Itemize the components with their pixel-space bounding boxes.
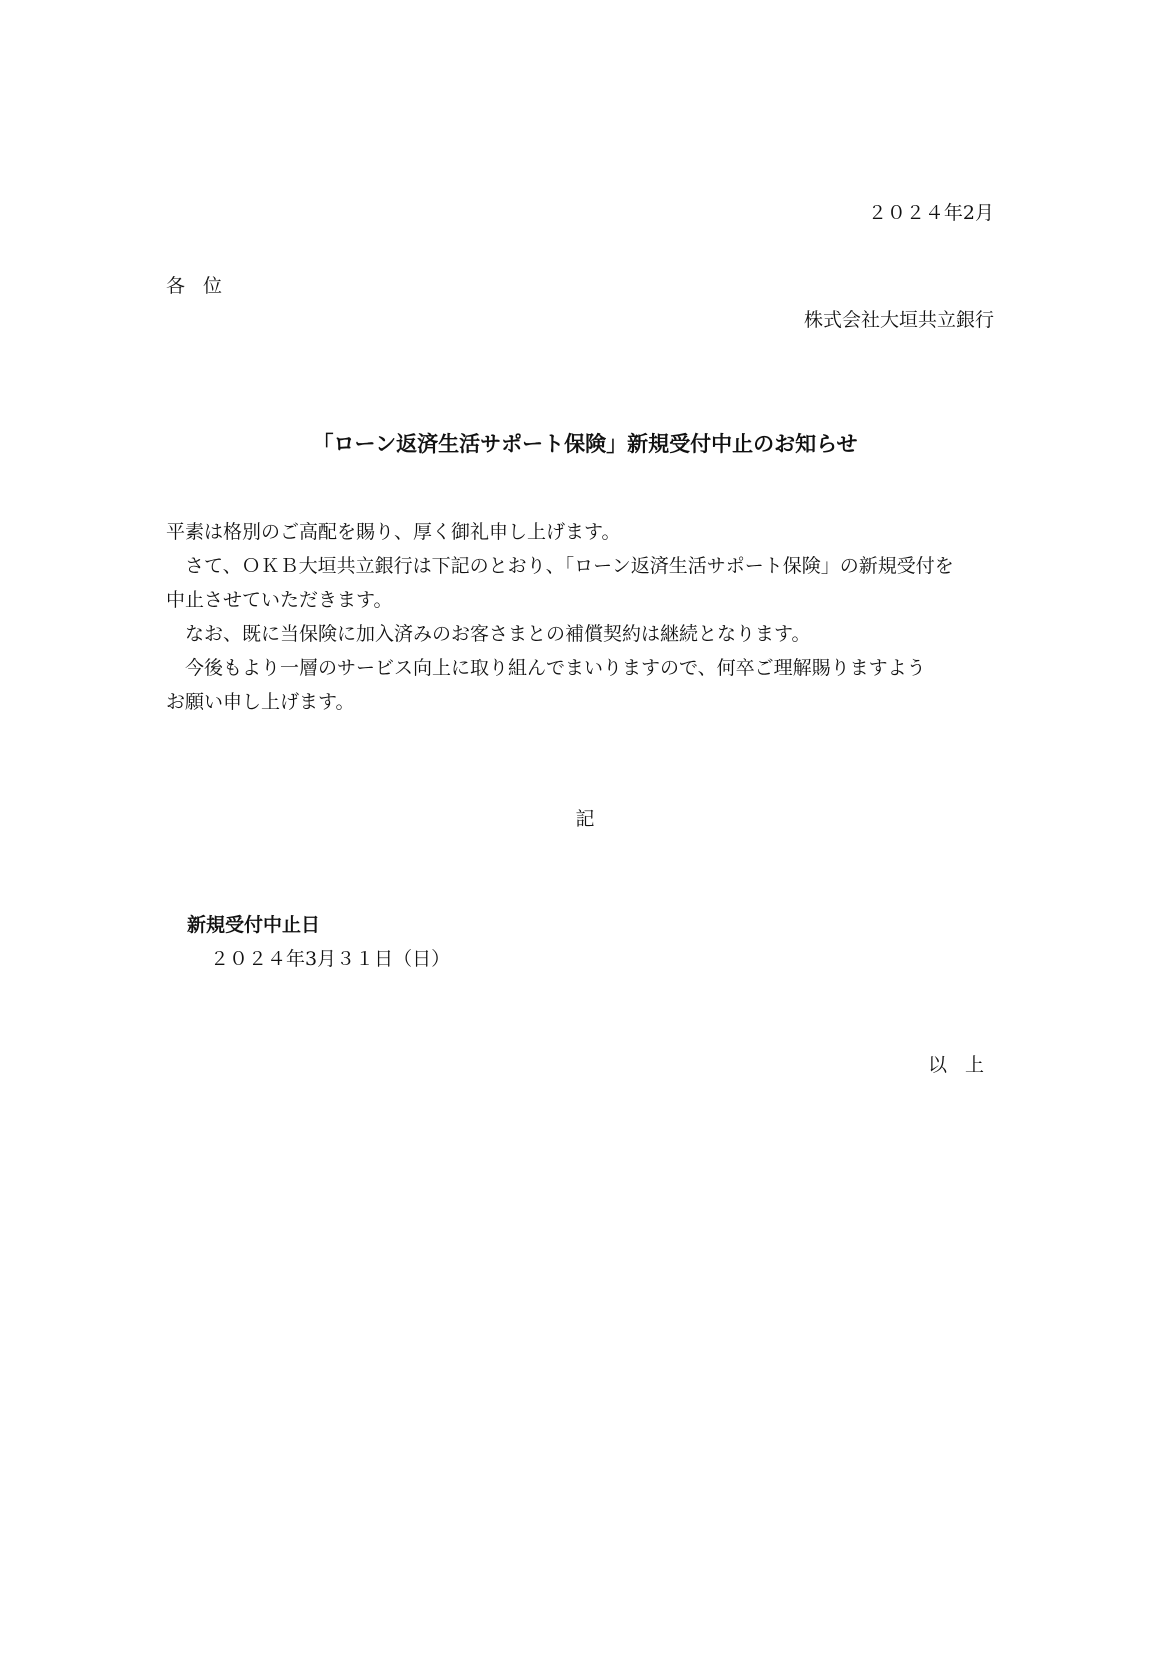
ki-heading: 記: [0, 804, 1170, 831]
document-title: 「ローン返済生活サポート保険」新規受付中止のお知らせ: [0, 428, 1170, 458]
body-line: なお、既に当保険に加入済みのお客さまとの補償契約は継続となります。: [166, 617, 810, 651]
body-line: お願い申し上げます。: [166, 685, 354, 719]
body-line: 今後もより一層のサービス向上に取り組んでまいりますので、何卒ご理解賜りますよう: [166, 651, 926, 685]
body-line: 平素は格別のご高配を賜り、厚く御礼申し上げます。: [166, 515, 620, 549]
addressee: 各位: [166, 271, 240, 298]
document-date: ２０２４年2月: [868, 198, 994, 225]
body-line: さて、ＯＫＢ大垣共立銀行は下記のとおり、「ローン返済生活サポート保険」の新規受付…: [166, 549, 954, 583]
item-label: 新規受付中止日: [187, 910, 320, 937]
issuer-name: 株式会社大垣共立銀行: [804, 305, 994, 332]
body-line: 中止させていただきます。: [166, 583, 392, 617]
item-value: ２０２４年3月３１日（日）: [210, 944, 450, 971]
closing-mark: 以上: [928, 1050, 1002, 1077]
